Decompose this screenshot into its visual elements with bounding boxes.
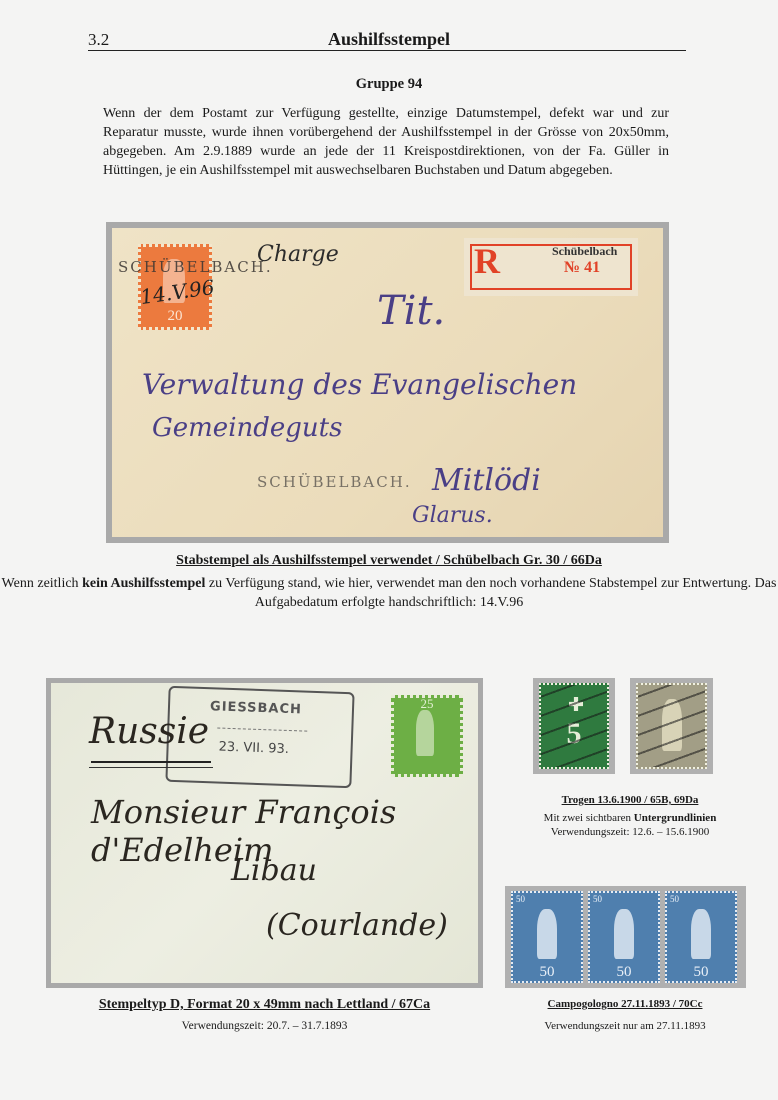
stamp-40c-grey [636,683,707,769]
stamp-value: 25 [394,696,460,712]
group-title: Gruppe 94 [0,76,778,93]
cancel-lines [638,685,705,767]
address-line-3: Libau [231,853,317,888]
helvetia-figure-icon [537,909,557,959]
address-line-1: Tit. [377,288,445,334]
cancel-separator [217,728,307,732]
caption-schuebelbach: Stabstempel als Aushilfsstempel verwende… [0,553,778,569]
stamp-50c-blue: 50 50 [588,891,660,983]
stamp-5c-green: 5 [539,683,609,769]
description-giessbach: Verwendungszeit: 20.7. – 31.7.1893 [46,1020,483,1032]
straight-line-cancel-2: SCHÜBELBACH. [257,473,412,491]
intro-text: Wenn der dem Postamt zur Verfügung geste… [103,104,669,180]
stamp-corner-value: 50 [516,894,525,904]
stamp-25c-green: 25 [391,695,463,777]
desc-text: Mit zwei sichtbaren [544,812,634,824]
address-line-2: Verwaltung des Evangelischen [142,368,577,401]
helvetia-figure-icon [691,909,711,959]
handwritten-charge: Charge [257,242,339,267]
registration-letter: R [474,240,500,282]
cover-giessbach: GIESSBACH 23. VII. 93. 25 Russie Monsieu… [51,683,478,983]
stamp-50c-blue: 50 50 [511,891,583,983]
address-line-1: Russie [89,711,209,752]
desc-bold: kein Aushilfsstempel [82,576,205,591]
stamp-50c-blue: 50 50 [665,891,737,983]
helvetia-figure-icon [416,710,434,756]
cancel-place: GIESSBACH [210,699,302,717]
underline [91,761,211,763]
stamp-value: 50 [667,964,735,981]
cover-schuebelbach-frame: 20 SCHÜBELBACH. Charge 14.V.96 R Schübel… [106,222,669,543]
desc-text: zu Verfügung stand, wie hier, verwendet … [205,576,776,610]
caption-campogologno: Campogologno 27.11.1893 / 70Cc [500,998,750,1010]
description-schuebelbach: Wenn zeitlich kein Aushilfsstempel zu Ve… [0,574,778,612]
description-trogen-line2: Verwendungszeit: 12.6. – 15.6.1900 [510,826,750,838]
helvetia-figure-icon [614,909,634,959]
address-line-4: Mitlödi [432,463,541,498]
cancel-date: 23. VII. 93. [218,740,289,757]
stamp-value: 50 [590,964,658,981]
caption-giessbach: Stempeltyp D, Format 20 x 49mm nach Lett… [46,997,483,1013]
stamp-corner-value: 50 [670,894,679,904]
description-campogologno: Verwendungszeit nur am 27.11.1893 [500,1020,750,1032]
desc-text: Wenn zeitlich [2,576,83,591]
cover-giessbach-frame: GIESSBACH 23. VII. 93. 25 Russie Monsieu… [46,678,483,988]
stamp-corner-value: 50 [593,894,602,904]
straight-line-cancel: SCHÜBELBACH. [118,258,273,276]
stamp-value: 20 [141,308,209,325]
cover-schuebelbach: 20 SCHÜBELBACH. Charge 14.V.96 R Schübel… [112,228,663,537]
stamp-frame-trogen-1: 5 [533,678,615,774]
stamp-frame-trogen-2 [630,678,713,774]
registration-number: № 41 [564,259,600,277]
caption-trogen: Trogen 13.6.1900 / 65B, 69Da [510,794,750,806]
registration-place: Schübelbach [552,244,617,259]
desc-bold: Untergrundlinien [634,812,717,824]
address-line-4: (Courlande) [266,908,448,943]
cancel-lines [541,685,607,767]
address-line-3: Gemeindeguts [152,413,342,443]
underline [89,767,213,768]
description-trogen-line1: Mit zwei sichtbaren Untergrundlinien [510,812,750,824]
page-title: Aushilfsstempel [0,29,778,50]
header-rule [88,50,686,51]
stamp-value: 50 [513,964,581,981]
address-line-5: Glarus. [412,503,493,528]
registration-label: R Schübelbach № 41 [464,238,638,296]
stamp-strip-frame: 50 50 50 50 50 50 [505,886,746,988]
